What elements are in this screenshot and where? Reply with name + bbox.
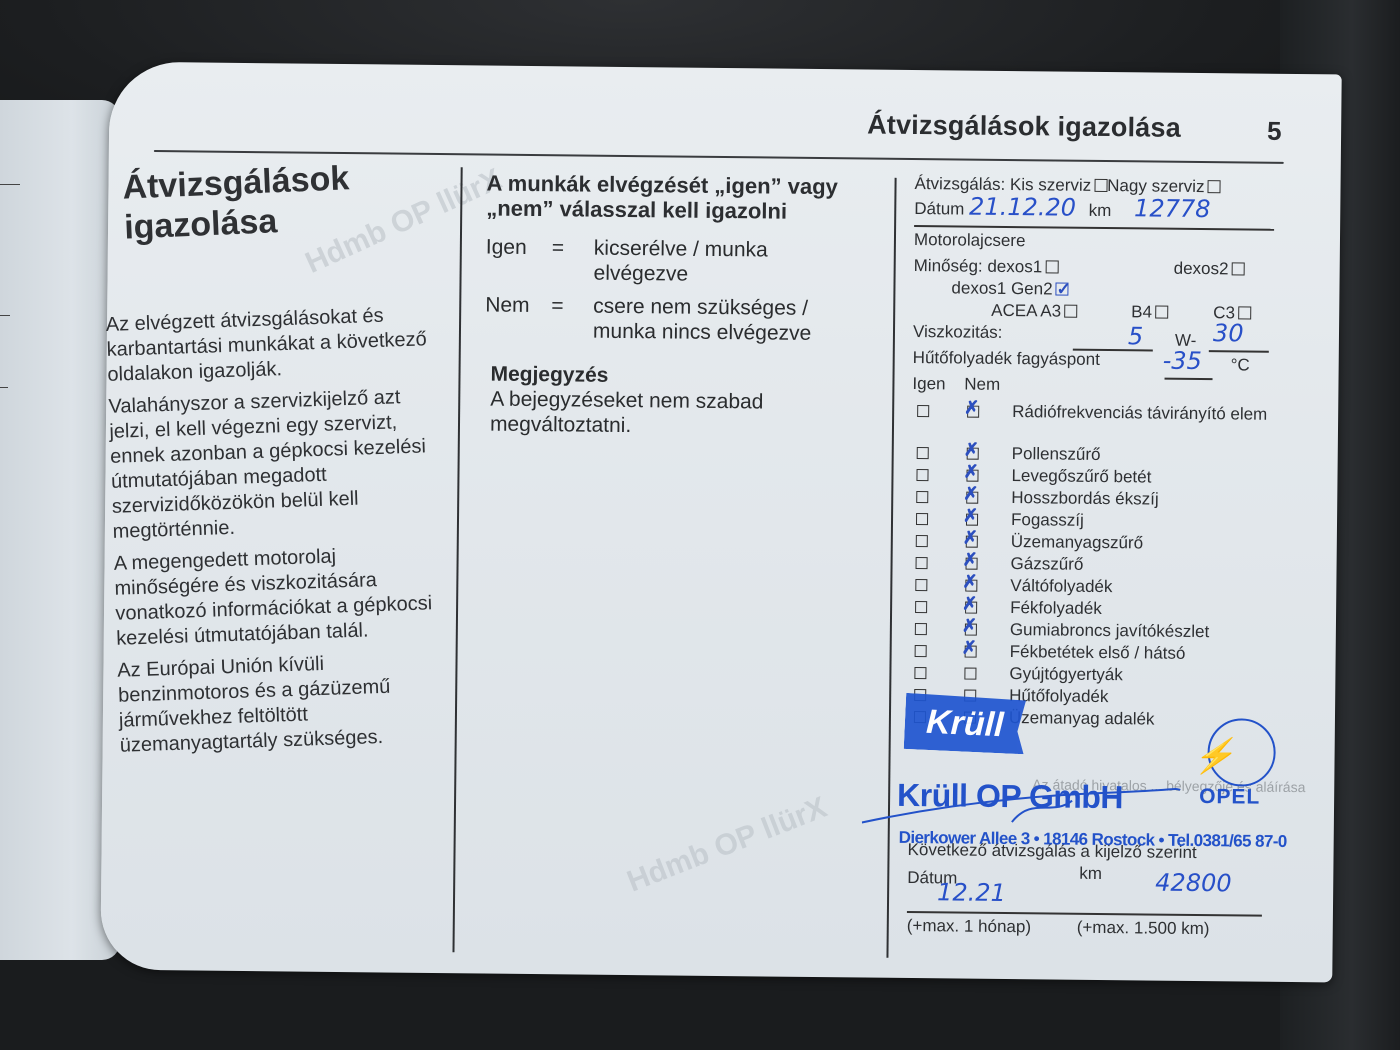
checklist-label: Fogasszíj [1011,510,1084,531]
dexos1-checkbox[interactable] [1045,260,1058,273]
next-date-hint: (+max. 1 hónap) [907,915,1031,938]
opel-bolt-icon: ⚡ [1192,736,1235,776]
date-label: Dátum [914,199,964,219]
checklist-label: Gázszűrő [1010,554,1083,575]
coolant-unit: °C [1231,354,1250,376]
instructions-column: A munkák elvégzését „igen” vagy „nem” vá… [484,171,867,441]
igen-checkbox[interactable] [915,623,927,635]
handwritten-check-icon: ✗ [962,572,977,592]
handwritten-check-icon: ✗ [964,398,979,418]
definition-row: Nem = csere nem szükséges / munka nincs … [485,293,866,347]
intro-text: Az elvégzett átvizsgálásokat és karbanta… [105,302,450,766]
igen-checkbox[interactable] [915,579,927,591]
definition-row: Igen = kicserélve / munka elvégezve [485,235,866,289]
acea-a3-checkbox[interactable] [1064,305,1077,318]
column-igen-label: Igen [912,374,945,393]
handwritten-check-icon: ✓ [1056,280,1070,299]
column-divider [452,167,462,952]
definition-value: csere nem szükséges / munka nincs elvége… [593,294,866,347]
checklist-label: Fékfolyadék [1010,598,1102,619]
column-divider [886,178,896,958]
dexos2-checkbox[interactable] [1231,262,1244,275]
checklist: ✗Rádiófrekvenciás távirányító elem✗Polle… [909,401,1272,733]
dexos1-gen2-label: dexos1 Gen2 [951,278,1052,298]
b4-label: B4 [1131,302,1152,321]
handwritten-check-icon: ✗ [963,550,978,570]
handwritten-check-icon: ✗ [964,440,979,460]
igen-checkbox[interactable] [917,405,929,417]
checklist-label: Levegőszűrő betét [1011,466,1151,487]
nem-checkbox[interactable] [964,668,976,680]
paragraph: Az Európai Unión kívüli benzinmotoros és… [117,648,450,759]
krull-stamp-logo: Krüll [904,693,1026,754]
handwritten-check-icon: ✗ [963,484,978,504]
oil-change-heading: Motorolajcsere [914,229,1274,255]
c3-checkbox[interactable] [1238,306,1251,319]
opel-brand-text: OPEL [1199,785,1260,810]
viscosity-value-a[interactable]: 5 [1128,325,1144,347]
checklist-label: Rádiófrekvenciás távirányító elem [1012,402,1267,425]
handwritten-check-icon: ✗ [962,616,977,636]
definition-key: Nem [485,293,552,344]
next-date-km-row: Dátum km 12.21 42800 [907,867,1267,913]
igen-checkbox[interactable] [916,513,928,525]
small-service-label: Kis szerviz [1010,175,1091,195]
next-km-label: km [1079,863,1102,885]
definition-key: Igen [485,235,552,286]
small-service-checkbox[interactable] [1094,179,1107,192]
header-title: Átvizsgálások igazolása [867,110,1181,144]
checklist-label: Pollenszűrő [1012,444,1101,465]
handwritten-check-icon: ✗ [962,594,977,614]
igen-checkbox[interactable] [915,645,927,657]
note-text: A bejegyzéseket nem szabad megváltoztatn… [484,387,865,441]
definition-value: kicserélve / munka elvégezve [593,236,866,289]
booklet-page: Hdmb OP llürX Hdmb OP llürX Átvizsgáláso… [100,62,1341,983]
paragraph: Valahányszor a szervizkijelző azt jelzi,… [108,384,443,545]
b4-option: B4 [1131,301,1168,323]
coolant-row: Hűtőfolyadék fagyáspont -35 °C [913,347,1273,377]
dexos2-option: dexos2 [1174,258,1245,281]
checklist-label: Hosszbordás ékszíj [1011,488,1159,510]
next-km-hint: (+max. 1.500 km) [1077,917,1210,940]
checklist-label: Fékbetétek első / hátsó [1010,642,1186,664]
next-date-value[interactable]: 12.21 [937,881,1006,904]
page-number: 5 [1267,116,1282,147]
left-page-rule [0,184,20,185]
service-form: Átvizsgálás: Kis szervizNagy szerviz Dát… [909,173,1275,733]
igen-checkbox[interactable] [917,447,929,459]
signature-icon [862,784,1182,827]
b4-checkbox[interactable] [1155,306,1168,319]
paragraph: Az elvégzett átvizsgálásokat és karbanta… [105,302,437,388]
handwritten-check-icon: ✗ [963,462,978,482]
next-km-value[interactable]: 42800 [1155,872,1232,895]
quality-label: Minőség: [914,256,983,276]
definition-equals: = [551,293,594,343]
column-nem-label: Nem [964,375,1000,394]
igen-checkbox[interactable] [916,469,928,481]
paragraph: A megengedett motorolaj minőségére és vi… [113,541,446,652]
acea-a3-label: ACEA A3 [991,301,1061,321]
next-inspection: Következő átvizsgálás a kijelző szerint … [907,839,1268,941]
dexos2-label: dexos2 [1174,259,1229,279]
left-page-rule [0,387,8,388]
next-hints-row: (+max. 1 hónap) (+max. 1.500 km) [907,915,1267,941]
stamp-address: Dierkower Allee 3 • 18146 Rostock • Tel.… [899,828,1287,852]
checklist-label: Üzemanyag adalék [1009,708,1155,730]
date-km-row: Dátum 21.12.20 km 12778 [914,195,1274,227]
coolant-label: Hűtőfolyadék fagyáspont [913,348,1100,369]
igen-checkbox[interactable] [916,491,928,503]
inspection-label: Átvizsgálás: [914,174,1005,194]
handwritten-check-icon: ✗ [962,638,977,658]
section-title-line: igazolása [123,198,351,247]
km-handwritten-value[interactable]: 12778 [1134,194,1211,223]
date-handwritten-value[interactable]: 21.12.20 [969,193,1076,222]
coolant-value[interactable]: -35 [1163,350,1202,372]
definition-equals: = [551,235,594,285]
viscosity-label: Viszkozitás: [913,322,1003,342]
big-service-checkbox[interactable] [1207,180,1220,193]
handwritten-check-icon: ✗ [963,506,978,526]
igen-checkbox[interactable] [914,667,926,679]
viscosity-row: Viszkozitás: 5 W- 30 [913,321,1273,351]
checklist-header: Igen Nem [912,373,1272,399]
big-service-label: Nagy szerviz [1107,176,1205,196]
bleed-through-text: Hdmb OP llürX [623,791,832,900]
section-title: Átvizsgálások igazolása [122,158,352,247]
instructions-heading: A munkák elvégzését „igen” vagy „nem” vá… [486,171,867,225]
km-label: km [1089,201,1112,220]
igen-checkbox[interactable] [915,601,927,613]
igen-checkbox[interactable] [916,557,928,569]
checklist-label: Gyújtógyertyák [1009,664,1123,685]
handwritten-check-icon: ✗ [963,528,978,548]
viscosity-value-b[interactable]: 30 [1213,322,1244,344]
checklist-label: Váltófolyadék [1010,576,1112,597]
checklist-label: Gumiabroncs javítókészlet [1010,620,1210,642]
left-page-rule [0,315,10,316]
igen-checkbox[interactable] [916,535,928,547]
checklist-label: Üzemanyagszűrő [1011,532,1143,553]
dexos1-label: dexos1 [987,257,1042,277]
